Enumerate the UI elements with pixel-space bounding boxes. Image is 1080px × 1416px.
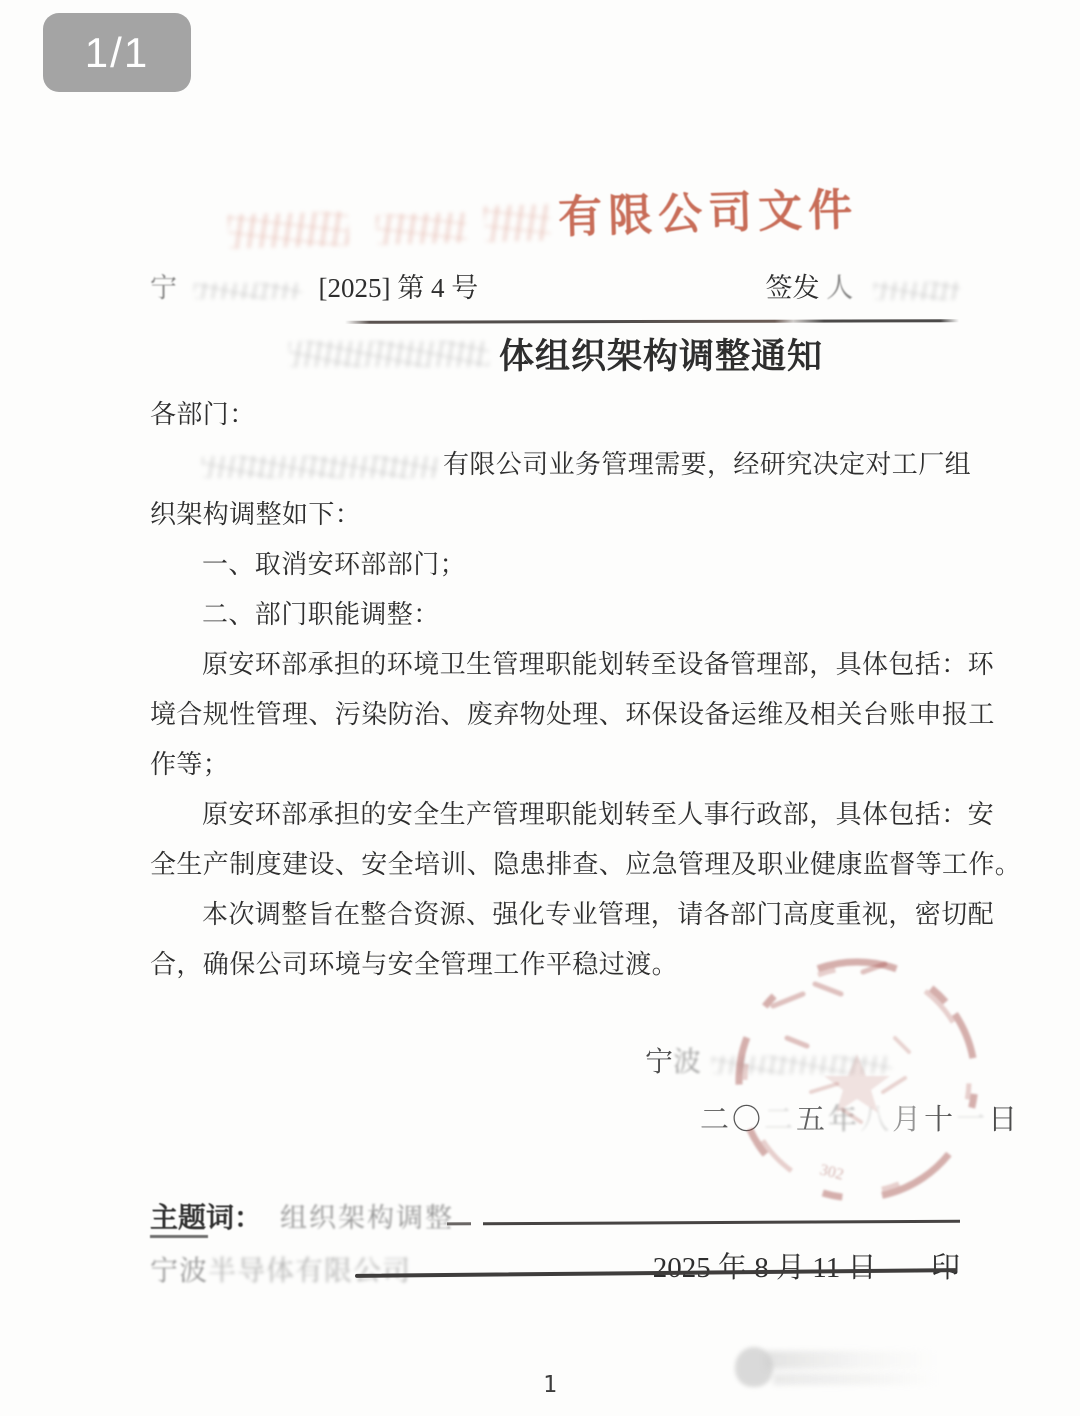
doc-number: 宁 [2025] 第 4 号 — [150, 268, 478, 308]
body-line: 有限公司业务管理需要，经研究决定对工厂组 — [150, 440, 966, 490]
body-line: 各部门： — [150, 390, 966, 440]
redacted-smudge — [874, 282, 960, 300]
body-line: 合，确保公司环境与安全管理工作平稳过渡。 — [150, 940, 966, 990]
doc-number-prefix: 宁 — [150, 273, 177, 303]
body-line: 本次调整旨在整合资源、强化专业管理，请各部门高度重视，密切配 — [150, 890, 966, 940]
letterhead-smudge — [484, 204, 551, 242]
header-rule — [345, 319, 959, 324]
body-line-text: 各部门： — [150, 400, 256, 429]
body-line-text: 作等； — [150, 750, 229, 779]
signer-label: 签发 人 — [766, 268, 961, 308]
subject-rule — [483, 1220, 960, 1225]
document-title: 体组织架构调整通知 — [150, 330, 962, 378]
redacted-smudge — [202, 456, 437, 478]
body-line: 二、部门职能调整： — [150, 590, 966, 640]
letterhead-smudge — [228, 211, 349, 248]
body-line-text: 本次调整旨在整合资源、强化专业管理，请各部门高度重视，密切配 — [202, 900, 994, 929]
page-indicator-label: 1/1 — [85, 29, 149, 77]
body-line-text: 原安环部承担的安全生产管理职能划转至人事行政部，具体包括：安 — [202, 800, 994, 829]
body-line: 织架构调整如下： — [150, 490, 966, 540]
redacted-smudge — [712, 1056, 892, 1074]
signature-company-smudge — [712, 1045, 892, 1081]
body-line-text: 织架构调整如下： — [150, 500, 361, 529]
body-line-text: 全生产制度建设、安全培训、隐患排查、应急管理及职业健康监督等工作。 — [150, 850, 1021, 879]
body-line-text: 二、部门职能调整： — [202, 600, 440, 629]
subject-row: 主题词： 组织架构调整 — [150, 1198, 454, 1238]
body-line: 原安环部承担的安全生产管理职能划转至人事行政部，具体包括：安 — [150, 790, 966, 840]
doc-number-row: 宁 [2025] 第 4 号 签发 人 — [150, 268, 960, 308]
subject-value: 组织架构调整 — [280, 1203, 454, 1233]
letterhead-text: 有限公司文件 — [558, 188, 859, 240]
body-line: 境合规性管理、污染防治、废弃物处理、环保设备运维及相关台账申报工 — [150, 690, 966, 740]
body-line-text: 合，确保公司环境与安全管理工作平稳过渡。 — [150, 950, 678, 979]
subject-label: 主题词： — [150, 1203, 262, 1234]
print-date: 2025 年 8 月 11 日 — [653, 1252, 877, 1284]
body-line-text: 境合规性管理、污染防治、废弃物处理、环保设备运维及相关台账申报工 — [150, 700, 995, 729]
body-line-text: 有限公司业务管理需要，经研究决定对工厂组 — [443, 450, 971, 479]
issuer-company: 宁波半导体有限公司 — [150, 1250, 411, 1294]
seal-serial: 302 — [818, 1161, 845, 1183]
document-title-text: 体组织架构调整通知 — [499, 329, 823, 379]
body-line-text: 一、取消安环部部门； — [202, 550, 466, 579]
document-body: 各部门：有限公司业务管理需要，经研究决定对工厂组织架构调整如下：一、取消安环部部… — [150, 390, 966, 990]
page-number: 1 — [543, 1372, 557, 1398]
signature-company: 宁波 — [645, 1045, 701, 1081]
doc-number-text: [2025] 第 4 号 — [319, 273, 479, 303]
watermark-logo — [735, 1345, 945, 1400]
redacted-smudge — [194, 283, 302, 299]
page-indicator-badge: 1/1 — [43, 13, 191, 92]
title-smudge — [289, 341, 489, 367]
signature-date: 二〇二五年八月十一日 — [700, 1100, 1020, 1140]
issuer-row: 宁波半导体有限公司 2025 年 8 月 11 日 印 — [150, 1246, 968, 1290]
body-line: 一、取消安环部部门； — [150, 540, 966, 590]
letterhead: 有限公司文件 — [227, 169, 888, 248]
body-line: 原安环部承担的环境卫生管理职能划转至设备管理部，具体包括：环 — [150, 640, 966, 690]
body-line-text: 原安环部承担的环境卫生管理职能划转至设备管理部，具体包括：环 — [202, 650, 994, 679]
body-line: 作等； — [150, 740, 966, 790]
body-line: 全生产制度建设、安全培训、隐患排查、应急管理及职业健康监督等工作。 — [150, 840, 966, 890]
letterhead-smudge — [376, 212, 467, 244]
